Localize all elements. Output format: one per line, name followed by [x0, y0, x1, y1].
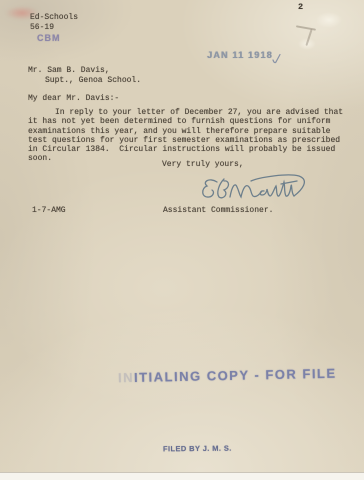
scan-edge [0, 472, 364, 480]
file-reference-line1: Ed-Schools [30, 13, 78, 23]
recipient-block: Mr. Sam B. Davis, Supt., Genoa School. [28, 66, 141, 86]
body-line: test questions for your first semester e… [28, 136, 346, 145]
scanned-letter-page: 2 Ed-Schools 56-19 CBM JAN 11 1918 Mr. S… [0, 0, 364, 480]
closing-phrase: Very truly yours, [162, 160, 244, 170]
signature [198, 171, 330, 209]
filed-stamp: FILED BY J. M. S. [163, 444, 232, 454]
paper-crease [296, 25, 316, 30]
recipient-name: Mr. Sam B. Davis, [28, 66, 141, 76]
reference-number: 1-7-AMG [32, 206, 66, 216]
date-stamp: JAN 11 1918 [207, 50, 273, 60]
body-line: examinations this year, and you will the… [28, 127, 346, 136]
initialing-stamp-faded-part: IN [118, 370, 134, 385]
page-number: 2 [298, 2, 303, 12]
initialing-copy-stamp: INITIALING COPY - FOR FILE [118, 366, 337, 386]
handwritten-check-mark [271, 53, 283, 67]
initials-stamp: CBM [30, 33, 78, 43]
signer-title: Assistant Commissioner. [163, 206, 273, 216]
salutation: My dear Mr. Davis:- [28, 94, 119, 104]
paper-damage-patch [316, 12, 342, 28]
file-reference-line2: 56-19 [30, 23, 78, 33]
initialing-stamp-text: ITIALING COPY - FOR FILE [134, 366, 337, 385]
recipient-title: Supt., Genoa School. [28, 76, 141, 86]
letter-body: In reply to your letter of December 27, … [28, 108, 346, 164]
body-line: in Circular 1384. Circular instructions … [28, 145, 346, 154]
body-line: In reply to your letter of December 27, … [28, 108, 346, 117]
file-reference-block: Ed-Schools 56-19 CBM [30, 13, 78, 43]
body-line: it has not yet been determined to furnis… [28, 117, 346, 126]
